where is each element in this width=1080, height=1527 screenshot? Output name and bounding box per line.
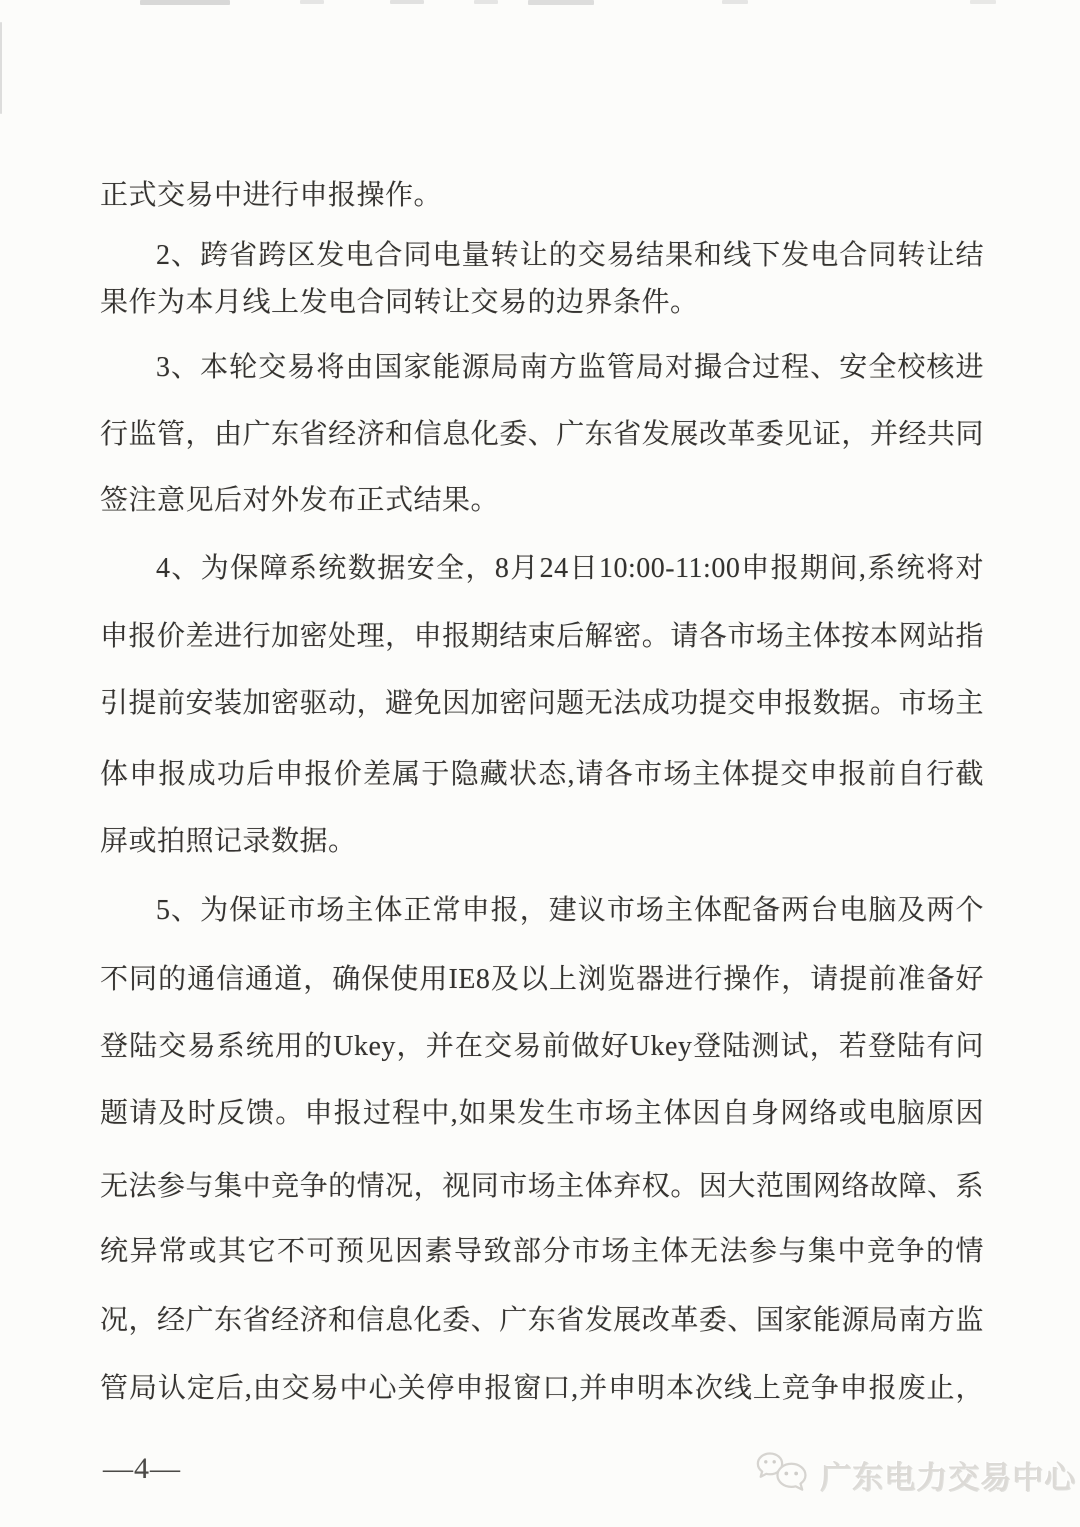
scan-artifact	[140, 0, 230, 5]
text-line: 统异常或其它不可预见因素导致部分市场主体无法参与集中竞争的情	[100, 1234, 984, 1270]
watermark-label: 广东电力交易中心	[820, 1452, 1076, 1497]
watermark: 广东电力交易中心	[756, 1450, 1076, 1498]
scan-artifact	[300, 0, 324, 4]
text-line: 引提前安装加密驱动，避免因加密问题无法成功提交申报数据。市场主	[100, 686, 984, 722]
text-line: 4、为保障系统数据安全，8月24日10:00-11:00申报期间,系统将对	[100, 551, 984, 587]
text-line: 体申报成功后申报价差属于隐藏状态,请各市场主体提交申报前自行截	[100, 757, 984, 793]
text-line: 况，经广东省经济和信息化委、广东省发展改革委、国家能源局南方监	[100, 1303, 984, 1339]
text-line: 题请及时反馈。申报过程中,如果发生市场主体因自身网络或电脑原因	[100, 1096, 984, 1132]
scan-artifact	[722, 0, 748, 4]
scan-artifact	[0, 22, 2, 114]
scan-artifact	[474, 0, 498, 4]
scan-artifact	[390, 0, 424, 4]
text-line: 正式交易中进行申报操作。	[100, 178, 984, 214]
text-line: 登陆交易系统用的Ukey，并在交易前做好Ukey登陆测试，若登陆有问	[100, 1029, 984, 1065]
text-line: 3、本轮交易将由国家能源局南方监管局对撮合过程、安全校核进	[100, 350, 984, 386]
scan-artifact	[528, 0, 594, 5]
text-line: 果作为本月线上发电合同转让交易的边界条件。	[100, 285, 984, 321]
text-line: 签注意见后对外发布正式结果。	[100, 483, 984, 519]
wechat-icon	[756, 1450, 812, 1498]
text-line: 申报价差进行加密处理，申报期结束后解密。请各市场主体按本网站指	[100, 619, 984, 655]
text-line: 2、跨省跨区发电合同电量转让的交易结果和线下发电合同转让结	[100, 238, 984, 274]
text-line: 不同的通信通道，确保使用IE8及以上浏览器进行操作，请提前准备好	[100, 962, 984, 998]
page-number: —4—	[103, 1452, 181, 1486]
document-page: 正式交易中进行申报操作。 2、跨省跨区发电合同电量转让的交易结果和线下发电合同转…	[0, 0, 1080, 1527]
scan-artifact	[970, 0, 996, 4]
text-line: 行监管，由广东省经济和信息化委、广东省发展改革委见证，并经共同	[100, 417, 984, 453]
text-line: 屏或拍照记录数据。	[100, 824, 984, 860]
text-line: 无法参与集中竞争的情况，视同市场主体弃权。因大范围网络故障、系	[100, 1169, 984, 1205]
text-line: 管局认定后,由交易中心关停申报窗口,并申明本次线上竞争申报废止，	[100, 1371, 984, 1407]
text-line: 5、为保证市场主体正常申报，建议市场主体配备两台电脑及两个	[100, 893, 984, 929]
